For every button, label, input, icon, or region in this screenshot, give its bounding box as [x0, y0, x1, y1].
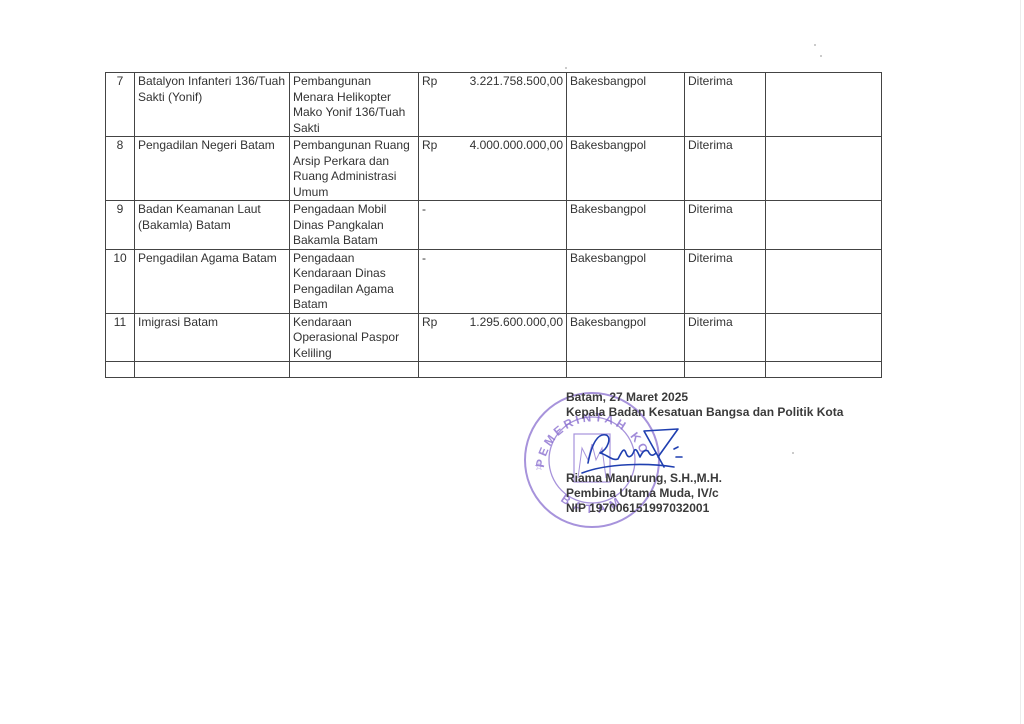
program-cell: Pembangunan Menara Helikopter Mako Yonif…: [290, 73, 419, 137]
source-cell: Bakesbangpol: [567, 137, 685, 201]
currency: Rp: [422, 74, 450, 90]
svg-text:☆: ☆: [534, 461, 544, 473]
empty-cell: [419, 362, 567, 378]
status-cell: Diterima: [685, 73, 766, 137]
program-cell: Kendaraan Operasional Paspor Keliling: [290, 313, 419, 362]
currency: -: [422, 251, 450, 267]
institution-cell: Imigrasi Batam: [135, 313, 290, 362]
status-cell: Diterima: [685, 249, 766, 313]
table-row: 7 Batalyon Infanteri 136/Tuah Sakti (Yon…: [106, 73, 882, 137]
amount-cell: Rp1.295.600.000,00: [419, 313, 567, 362]
table-row: 10 Pengadilan Agama Batam Pengadaan Kend…: [106, 249, 882, 313]
empty-cell: [766, 362, 882, 378]
currency: Rp: [422, 138, 450, 154]
signature-block: Batam, 27 Maret 2025 Kepala Badan Kesatu…: [566, 390, 843, 516]
scan-speck: [814, 44, 816, 46]
amount-value: 4.000.000.000,00: [470, 138, 563, 154]
empty-cell: [567, 362, 685, 378]
institution-cell: Batalyon Infanteri 136/Tuah Sakti (Yonif…: [135, 73, 290, 137]
note-cell: [766, 201, 882, 250]
amount-value: 1.295.600.000,00: [470, 315, 563, 331]
source-cell: Bakesbangpol: [567, 249, 685, 313]
note-cell: [766, 137, 882, 201]
page-edge: [1020, 0, 1021, 724]
row-number: 8: [106, 137, 135, 201]
row-number: 7: [106, 73, 135, 137]
empty-cell: [685, 362, 766, 378]
source-cell: Bakesbangpol: [567, 73, 685, 137]
program-cell: Pembangunan Ruang Arsip Perkara dan Ruan…: [290, 137, 419, 201]
program-cell: Pengadaan Kendaraan Dinas Pengadilan Aga…: [290, 249, 419, 313]
amount-cell: Rp3.221.758.500,00: [419, 73, 567, 137]
scan-speck: [820, 55, 822, 57]
grant-table: 7 Batalyon Infanteri 136/Tuah Sakti (Yon…: [105, 72, 882, 378]
official-position: Kepala Badan Kesatuan Bangsa dan Politik…: [566, 405, 843, 420]
institution-cell: Pengadilan Agama Batam: [135, 249, 290, 313]
note-cell: [766, 73, 882, 137]
status-cell: Diterima: [685, 137, 766, 201]
table-row: 8 Pengadilan Negeri Batam Pembangunan Ru…: [106, 137, 882, 201]
source-cell: Bakesbangpol: [567, 201, 685, 250]
official-nip: NIP 197006151997032001: [566, 501, 843, 516]
currency: -: [422, 202, 450, 218]
official-rank: Pembina Utama Muda, IV/c: [566, 486, 843, 501]
empty-cell: [106, 362, 135, 378]
row-number: 11: [106, 313, 135, 362]
official-name: Riama Manurung, S.H.,M.H.: [566, 471, 843, 486]
source-cell: Bakesbangpol: [567, 313, 685, 362]
scan-speck: [792, 452, 794, 454]
empty-cell: [135, 362, 290, 378]
note-cell: [766, 313, 882, 362]
status-cell: Diterima: [685, 313, 766, 362]
amount-cell: -: [419, 201, 567, 250]
scan-speck: [565, 67, 567, 69]
place-date: Batam, 27 Maret 2025: [566, 390, 843, 405]
empty-cell: [290, 362, 419, 378]
amount-cell: Rp4.000.000.000,00: [419, 137, 567, 201]
row-number: 10: [106, 249, 135, 313]
table-row: 11 Imigrasi Batam Kendaraan Operasional …: [106, 313, 882, 362]
status-cell: Diterima: [685, 201, 766, 250]
program-cell: Pengadaan Mobil Dinas Pangkalan Bakamla …: [290, 201, 419, 250]
amount-cell: -: [419, 249, 567, 313]
row-number: 9: [106, 201, 135, 250]
table-row: 9 Badan Keamanan Laut (Bakamla) Batam Pe…: [106, 201, 882, 250]
currency: Rp: [422, 315, 450, 331]
table-row-empty: [106, 362, 882, 378]
note-cell: [766, 249, 882, 313]
institution-cell: Badan Keamanan Laut (Bakamla) Batam: [135, 201, 290, 250]
amount-value: 3.221.758.500,00: [470, 74, 563, 90]
institution-cell: Pengadilan Negeri Batam: [135, 137, 290, 201]
